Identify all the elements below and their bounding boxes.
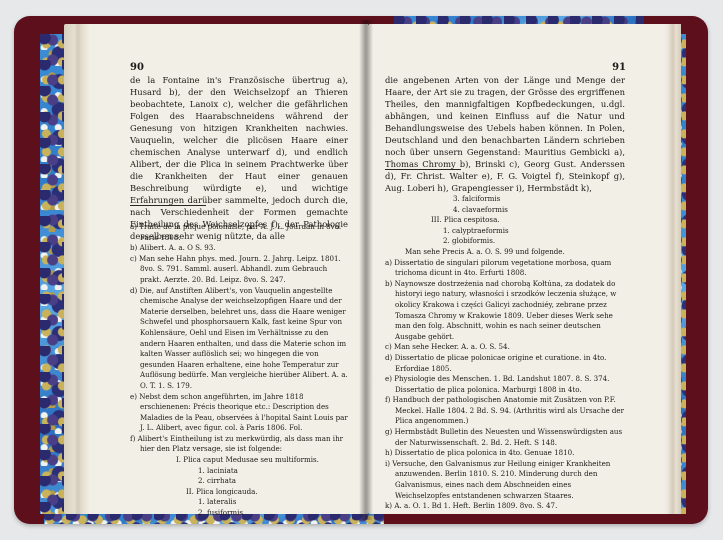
spine-gutter — [359, 20, 373, 520]
classification-item: 2. cirrhata — [130, 476, 348, 487]
footnotes: 3. falciformis 4. clavaeformis III. Plic… — [385, 194, 625, 512]
footnote: f) Alibert's Eintheilung ist zu merkwürd… — [130, 434, 348, 455]
classification-item: 2. globiformis. — [385, 236, 625, 247]
classification-item: 1. laciniata — [130, 466, 348, 477]
footnote: f) Handbuch der pathologischen Anatomie … — [385, 395, 625, 427]
footnote: i) Versuche, den Galvanismus zur Heilung… — [385, 459, 625, 501]
classification-item: 1. calyptraeformis — [385, 226, 625, 237]
footnote: k) A. a. O. 1. Bd 1. Heft. Berlin 1809. … — [385, 501, 625, 512]
footnote-rule — [130, 205, 206, 206]
page-number: 90 — [130, 62, 144, 74]
footnote: Man sehe Precis A. a. O. S. 99 und folge… — [385, 247, 625, 258]
classification-item: III. Plica cespitosa. — [385, 215, 625, 226]
left-page: 90 de la Fontaine in's Französische über… — [130, 8, 348, 498]
footnote: c) Man sehe Hecker. A. a. O. S. 54. — [385, 342, 625, 353]
footnote: b) Alibert. A. a. O S. 93. — [130, 243, 348, 254]
classification-item: 2. fusiformis — [130, 508, 348, 519]
body-text: die angebenen Arten von der Länge und Me… — [385, 74, 625, 194]
footnote: h) Dissertatio de plica polonica in 4to.… — [385, 448, 625, 459]
footnote: c) Man sehe Hahn phys. med. Journ. 2. Ja… — [130, 254, 348, 286]
footnotes: a) Traité de la plique polonaise, par A.… — [130, 222, 348, 519]
footnote: b) Naynowsze dostrzeżenia nad chorobą Ko… — [385, 279, 625, 343]
footnote: a) Traité de la plique polonaise, par A.… — [130, 222, 348, 243]
right-page: 91 die angebenen Arten von der Länge und… — [385, 8, 625, 498]
classification-item: 4. clavaeformis — [385, 205, 625, 216]
paragraph: de la Fontaine in's Französische übertru… — [130, 74, 348, 242]
footnote: g) Hermbstädt Bulletin des Neuesten und … — [385, 427, 625, 448]
footnote: d) Die, auf Anstiften Alibert's, von Vau… — [130, 286, 348, 392]
classification-item: II. Plica longicauda. — [130, 487, 348, 498]
footnote: a) Dissertatio de singulari pilorum vege… — [385, 258, 625, 279]
classification-item: 3. falciformis — [385, 194, 625, 205]
classification-item: 1. lateralis — [130, 497, 348, 508]
footnote-rule — [385, 169, 461, 170]
footnote: e) Nebst dem schon angeführten, im Jahre… — [130, 392, 348, 434]
page-number: 91 — [612, 62, 626, 74]
footnote: e) Physiologie des Menschen. 1. Bd. Land… — [385, 374, 625, 395]
classification-item: I. Plica caput Medusae seu multiformis. — [130, 455, 348, 466]
paragraph: die angebenen Arten von der Länge und Me… — [385, 74, 625, 194]
footnote: d) Dissertatio de plicae polonicae origi… — [385, 353, 625, 374]
body-text: de la Fontaine in's Französische übertru… — [130, 74, 348, 242]
